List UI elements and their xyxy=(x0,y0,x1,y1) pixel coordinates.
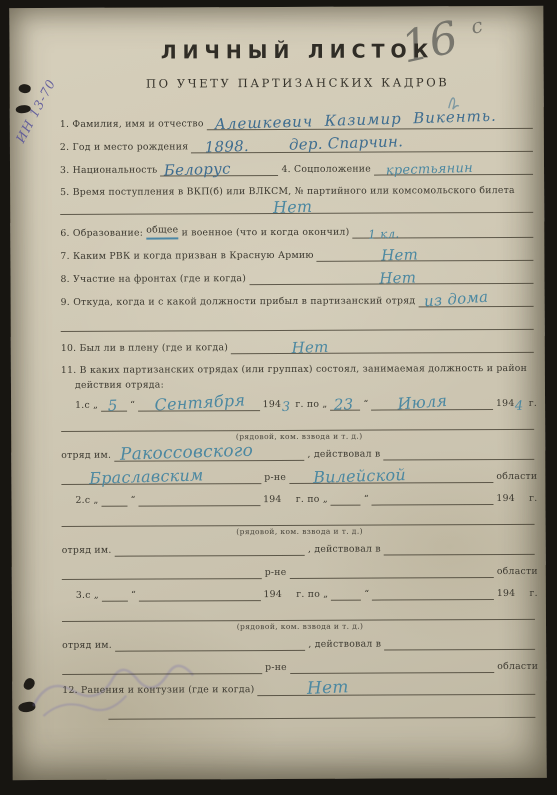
form-line: из дома xyxy=(418,293,533,308)
unit-entry-number: 2. xyxy=(75,494,84,507)
handwritten-year-digit: 3 xyxy=(282,401,291,414)
form-line xyxy=(61,416,534,432)
form-line xyxy=(62,606,535,622)
unit-label-oblast: области xyxy=(497,565,538,578)
form-line xyxy=(372,586,494,601)
form-line xyxy=(290,659,494,674)
handwritten-otryad-name: Ракоссовского xyxy=(120,443,254,464)
unit-entry-dates: 2. с „ “ 194 г. по „ “ 194 г. xyxy=(75,491,537,507)
field-rvk: 7. Каким РВК и когда призван в Красную А… xyxy=(60,247,536,263)
year-digit-slot xyxy=(283,588,292,601)
unit-entry-number: 1. xyxy=(75,399,84,412)
form-line: Нет xyxy=(231,339,534,354)
field-fronts: 8. Участие на фронтах (где и когда) Нет xyxy=(60,270,536,286)
field-name-label: 1. Фамилия, имя и отчество xyxy=(60,117,204,131)
field-nationality-social: 3. Национальность Белорус 4. Соцположени… xyxy=(60,161,536,177)
paper-sheet: ИН 13-70 16с ЛИЧНЫЙ ЛИСТОК ПО УЧЕТУ ПАРТ… xyxy=(9,6,546,780)
field-birth: 2. Год и место рождения 1898. дер. Спарч… xyxy=(60,138,536,154)
form-line xyxy=(331,492,361,506)
unit-rank-line xyxy=(62,606,538,622)
unit-label-district: р-не xyxy=(264,471,286,484)
units-header-line1: 11. В каких партизанских отрядах (или гр… xyxy=(61,362,537,377)
unit-rank-caption: (рядовой, ком. взвода и т. д.) xyxy=(61,431,537,442)
unit-rank-caption: (рядовой, ком. взвода и т. д.) xyxy=(62,621,538,632)
form-line: Ракоссовского xyxy=(114,447,304,462)
unit-district-row: Браславским р-не Вилейской области xyxy=(61,469,537,485)
form-body: 1. Фамилия, имя и отчество Алешкевич Каз… xyxy=(60,115,539,720)
form-line: Вилейской xyxy=(289,469,493,484)
field-wounds: 12. Ранения и контузии (где и когда) Нет xyxy=(62,681,538,697)
form-line: 1 кл. xyxy=(352,224,533,239)
field-birth-label: 2. Год и место рождения xyxy=(60,140,188,154)
unit-district-row: р-не области xyxy=(62,659,538,675)
handwritten-oblast: Вилейской xyxy=(313,467,406,486)
unit-entry-dates: 1. с „ 5 “ Сентября 194 3 г. по „ 23 “ И… xyxy=(75,396,537,412)
unit-label-oblast: области xyxy=(497,660,538,673)
handwritten-education: 1 кл. xyxy=(368,228,400,241)
field-education-label-pre: 6. Образование: xyxy=(60,227,146,240)
form-line: Нет xyxy=(258,681,536,696)
field-party-line: Нет xyxy=(60,199,536,215)
unit-label-district: р-не xyxy=(265,566,287,579)
unit-label-to: г. по „ xyxy=(293,588,328,601)
unit-label-year: 194 xyxy=(496,397,515,410)
handwritten-rvk: Нет xyxy=(381,247,418,263)
unit-label-quote: “ xyxy=(363,398,368,411)
handwritten-district: Браславским xyxy=(89,467,204,486)
unit-label-otryad: отряд им. xyxy=(61,449,111,462)
field-captivity-label: 10. Был ли в плену (где и когда) xyxy=(61,341,228,355)
unit-label-quote: “ xyxy=(364,493,369,506)
form-line xyxy=(372,491,494,506)
unit-label-otryad: отряд им. xyxy=(62,544,112,557)
form-line xyxy=(108,704,535,720)
form-line xyxy=(102,493,128,507)
form-line: 5 xyxy=(101,398,127,412)
field-education: 6. Образование: общее и военное (что и к… xyxy=(60,222,536,240)
units-header-line2: действия отряда: xyxy=(75,377,537,392)
continuation-line xyxy=(61,316,537,332)
form-line: Алешкевич Казимир Викенть. xyxy=(207,115,533,130)
unit-label-quote: “ xyxy=(131,494,136,507)
handwritten-nationality: Белорус xyxy=(164,161,231,178)
unit-label-year: 194 xyxy=(263,398,282,411)
form-line: Белорус xyxy=(160,162,278,177)
unit-label-year: 194 xyxy=(263,588,282,601)
unit-label-from: с „ xyxy=(85,589,99,602)
unit-label-year: 194 xyxy=(496,492,515,505)
field-name: 1. Фамилия, имя и отчество Алешкевич Каз… xyxy=(60,115,536,131)
unit-label-quote: “ xyxy=(130,399,135,412)
form-line: Нет xyxy=(60,199,533,215)
handwritten-arrival: из дома xyxy=(423,290,488,310)
form-line: 23 xyxy=(330,397,360,411)
field-nationality-label: 3. Национальность xyxy=(60,164,157,177)
field-arrival: 9. Откуда, когда и с какой должности при… xyxy=(61,293,537,309)
form-line xyxy=(115,542,305,557)
field-education-label-post: и военное (что и когда окончил) xyxy=(178,226,349,240)
form-line: Нет xyxy=(317,247,534,262)
form-line xyxy=(62,565,262,580)
form-line xyxy=(384,636,535,651)
form-line xyxy=(331,587,361,601)
unit-label-acted: , действовал в xyxy=(308,543,381,556)
handwritten-birth: 1898. дер. Спарчин. xyxy=(205,134,404,155)
form-subtitle: ПО УЧЕТУ ПАРТИЗАНСКИХ КАДРОВ xyxy=(60,75,536,91)
unit-label-oblast: области xyxy=(496,470,537,483)
form-line xyxy=(62,511,535,527)
handwritten-social: крестьянин xyxy=(386,162,473,178)
handwritten-year-digit: 4 xyxy=(515,400,524,413)
year-digit-slot: 4 xyxy=(515,397,524,410)
unit-label-acted: , действовал в xyxy=(308,638,381,651)
unit-rank-caption: (рядовой, ком. взвода и т. д.) xyxy=(62,526,538,537)
form-line xyxy=(384,541,535,556)
form-line xyxy=(139,587,261,602)
field-captivity: 10. Был ли в плену (где и когда) Нет xyxy=(61,339,537,355)
handwritten-fronts: Нет xyxy=(379,270,416,286)
year-digit-slot xyxy=(516,492,525,505)
form-content: ЛИЧНЫЙ ЛИСТОК ПО УЧЕТУ ПАРТИЗАНСКИХ КАДР… xyxy=(9,6,546,780)
unit-label-year: 194 xyxy=(497,587,516,600)
year-digit-slot: 3 xyxy=(282,398,291,411)
form-line xyxy=(102,588,128,602)
unit-label-g: г. xyxy=(526,587,538,600)
handwritten-name: Алешкевич Казимир Викенть. xyxy=(214,109,497,133)
unit-rank-line xyxy=(61,416,537,432)
form-line: Сентября xyxy=(138,397,260,412)
field-arrival-label: 9. Откуда, когда и с какой должности при… xyxy=(61,294,416,309)
field-rvk-label: 7. Каким РВК и когда призван в Красную А… xyxy=(60,249,313,263)
form-line: Июля xyxy=(371,396,493,411)
unit-label-otryad: отряд им. xyxy=(62,639,112,652)
year-digit-slot xyxy=(516,587,525,600)
unit-label-to: г. по „ xyxy=(292,398,327,411)
unit-otryad-row: отряд им. , действовал в xyxy=(62,636,538,652)
handwritten-month-from: Сентября xyxy=(154,392,245,413)
unit-otryad-row: отряд им. , действовал в xyxy=(62,541,538,557)
form-line xyxy=(62,660,262,675)
year-digit-slot xyxy=(283,493,292,506)
unit-label-g: г. xyxy=(525,397,537,410)
unit-label-from: с „ xyxy=(84,399,98,412)
form-line xyxy=(61,316,534,332)
field-fronts-label: 8. Участие на фронтах (где и когда) xyxy=(60,272,246,286)
unit-label-acted: , действовал в xyxy=(308,448,381,461)
unit-rank-line xyxy=(62,511,538,527)
unit-label-district: р-не xyxy=(265,661,287,674)
form-line xyxy=(115,637,305,652)
form-line xyxy=(383,446,534,461)
field-education-label-underlined: общее xyxy=(146,223,178,239)
form-line xyxy=(139,492,261,507)
unit-label-to: г. по „ xyxy=(293,493,328,506)
form-line xyxy=(289,564,493,579)
form-line: крестьянин xyxy=(374,161,533,176)
handwritten-wounds: Нет xyxy=(307,679,349,698)
handwritten-month-to: Июля xyxy=(397,393,448,413)
handwritten-party: Нет xyxy=(273,199,313,216)
unit-entry-number: 3. xyxy=(76,589,85,602)
unit-label-g: г. xyxy=(526,492,538,505)
handwritten-captivity: Нет xyxy=(291,340,328,356)
continuation-line xyxy=(62,704,538,720)
unit-otryad-row: отряд им. Ракоссовского , действовал в xyxy=(61,446,537,462)
unit-label-year: 194 xyxy=(263,493,282,506)
form-line: Браславским xyxy=(61,470,261,485)
form-line: 1898. дер. Спарчин. xyxy=(191,138,533,153)
unit-label-quote: “ xyxy=(131,589,136,602)
unit-label-quote: “ xyxy=(364,588,369,601)
unit-label-from: с „ xyxy=(85,494,99,507)
field-wounds-label: 12. Ранения и контузии (где и когда) xyxy=(62,683,254,697)
handwritten-day-from: 5 xyxy=(108,398,118,413)
unit-district-row: р-не области xyxy=(62,564,538,580)
unit-entry-dates: 3. с „ “ 194 г. по „ “ 194 г. xyxy=(76,586,538,602)
field-social-label: 4. Соцположение xyxy=(281,163,371,176)
scanned-document: ИН 13-70 16с ЛИЧНЫЙ ЛИСТОК ПО УЧЕТУ ПАРТ… xyxy=(0,0,557,795)
form-line: Нет xyxy=(249,270,533,285)
handwritten-day-to: 23 xyxy=(334,397,354,413)
form-title: ЛИЧНЫЙ ЛИСТОК xyxy=(59,40,535,64)
